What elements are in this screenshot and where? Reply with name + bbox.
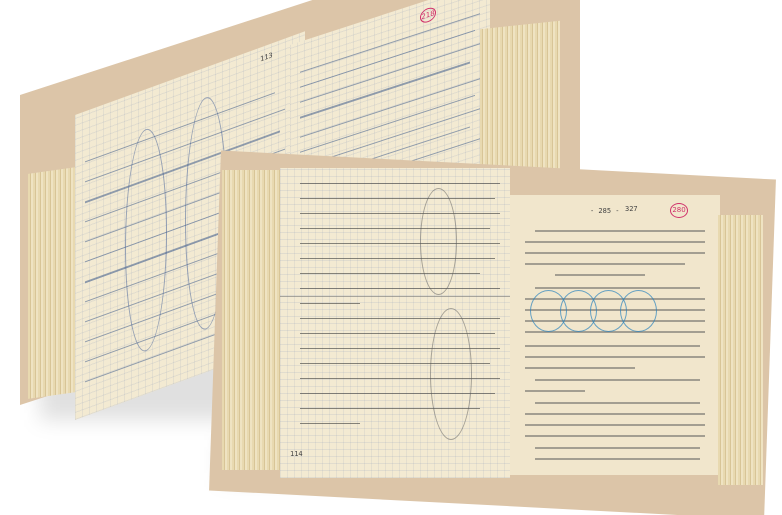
handwritten-line xyxy=(300,183,500,184)
typed-line xyxy=(525,263,685,265)
typed-line xyxy=(525,252,705,254)
typed-line xyxy=(535,458,700,460)
typed-line xyxy=(535,402,700,404)
typed-line xyxy=(525,241,705,243)
handwritten-line xyxy=(300,318,500,319)
pencil-oval xyxy=(430,308,472,440)
typed-line xyxy=(535,230,705,232)
typed-line xyxy=(525,435,705,437)
handwritten-line xyxy=(300,303,360,304)
handwritten-line xyxy=(300,243,500,244)
typed-line xyxy=(525,413,705,415)
pencil-oval xyxy=(420,188,457,295)
page-number: 114 xyxy=(290,450,303,458)
front-book-left-page: 114 xyxy=(280,168,510,478)
typed-line xyxy=(525,424,705,426)
typed-line xyxy=(525,390,585,392)
typed-line xyxy=(555,274,645,276)
handwritten-line xyxy=(300,258,495,259)
typed-line xyxy=(525,367,635,369)
front-book-right-edge xyxy=(718,215,763,485)
front-book-left-edge xyxy=(222,170,282,470)
page-header: - 285 - xyxy=(590,207,620,215)
page-number: 327 xyxy=(625,205,638,213)
blue-scribble-correction xyxy=(620,290,657,332)
archive-stamp: 280 xyxy=(670,203,688,218)
section-divider xyxy=(280,296,510,297)
typed-line xyxy=(535,447,700,449)
handwritten-line xyxy=(300,288,500,289)
handwritten-line xyxy=(300,423,360,424)
typed-line xyxy=(525,345,700,347)
typed-line xyxy=(535,287,700,289)
front-manuscript-volume: 114 - 285 - 327 280 xyxy=(0,0,782,515)
handwritten-line xyxy=(300,213,500,214)
front-book-right-page: - 285 - 327 280 xyxy=(510,195,720,475)
handwritten-line xyxy=(300,198,495,199)
typed-line xyxy=(535,379,700,381)
typed-line xyxy=(525,356,705,358)
handwritten-line xyxy=(300,228,490,229)
